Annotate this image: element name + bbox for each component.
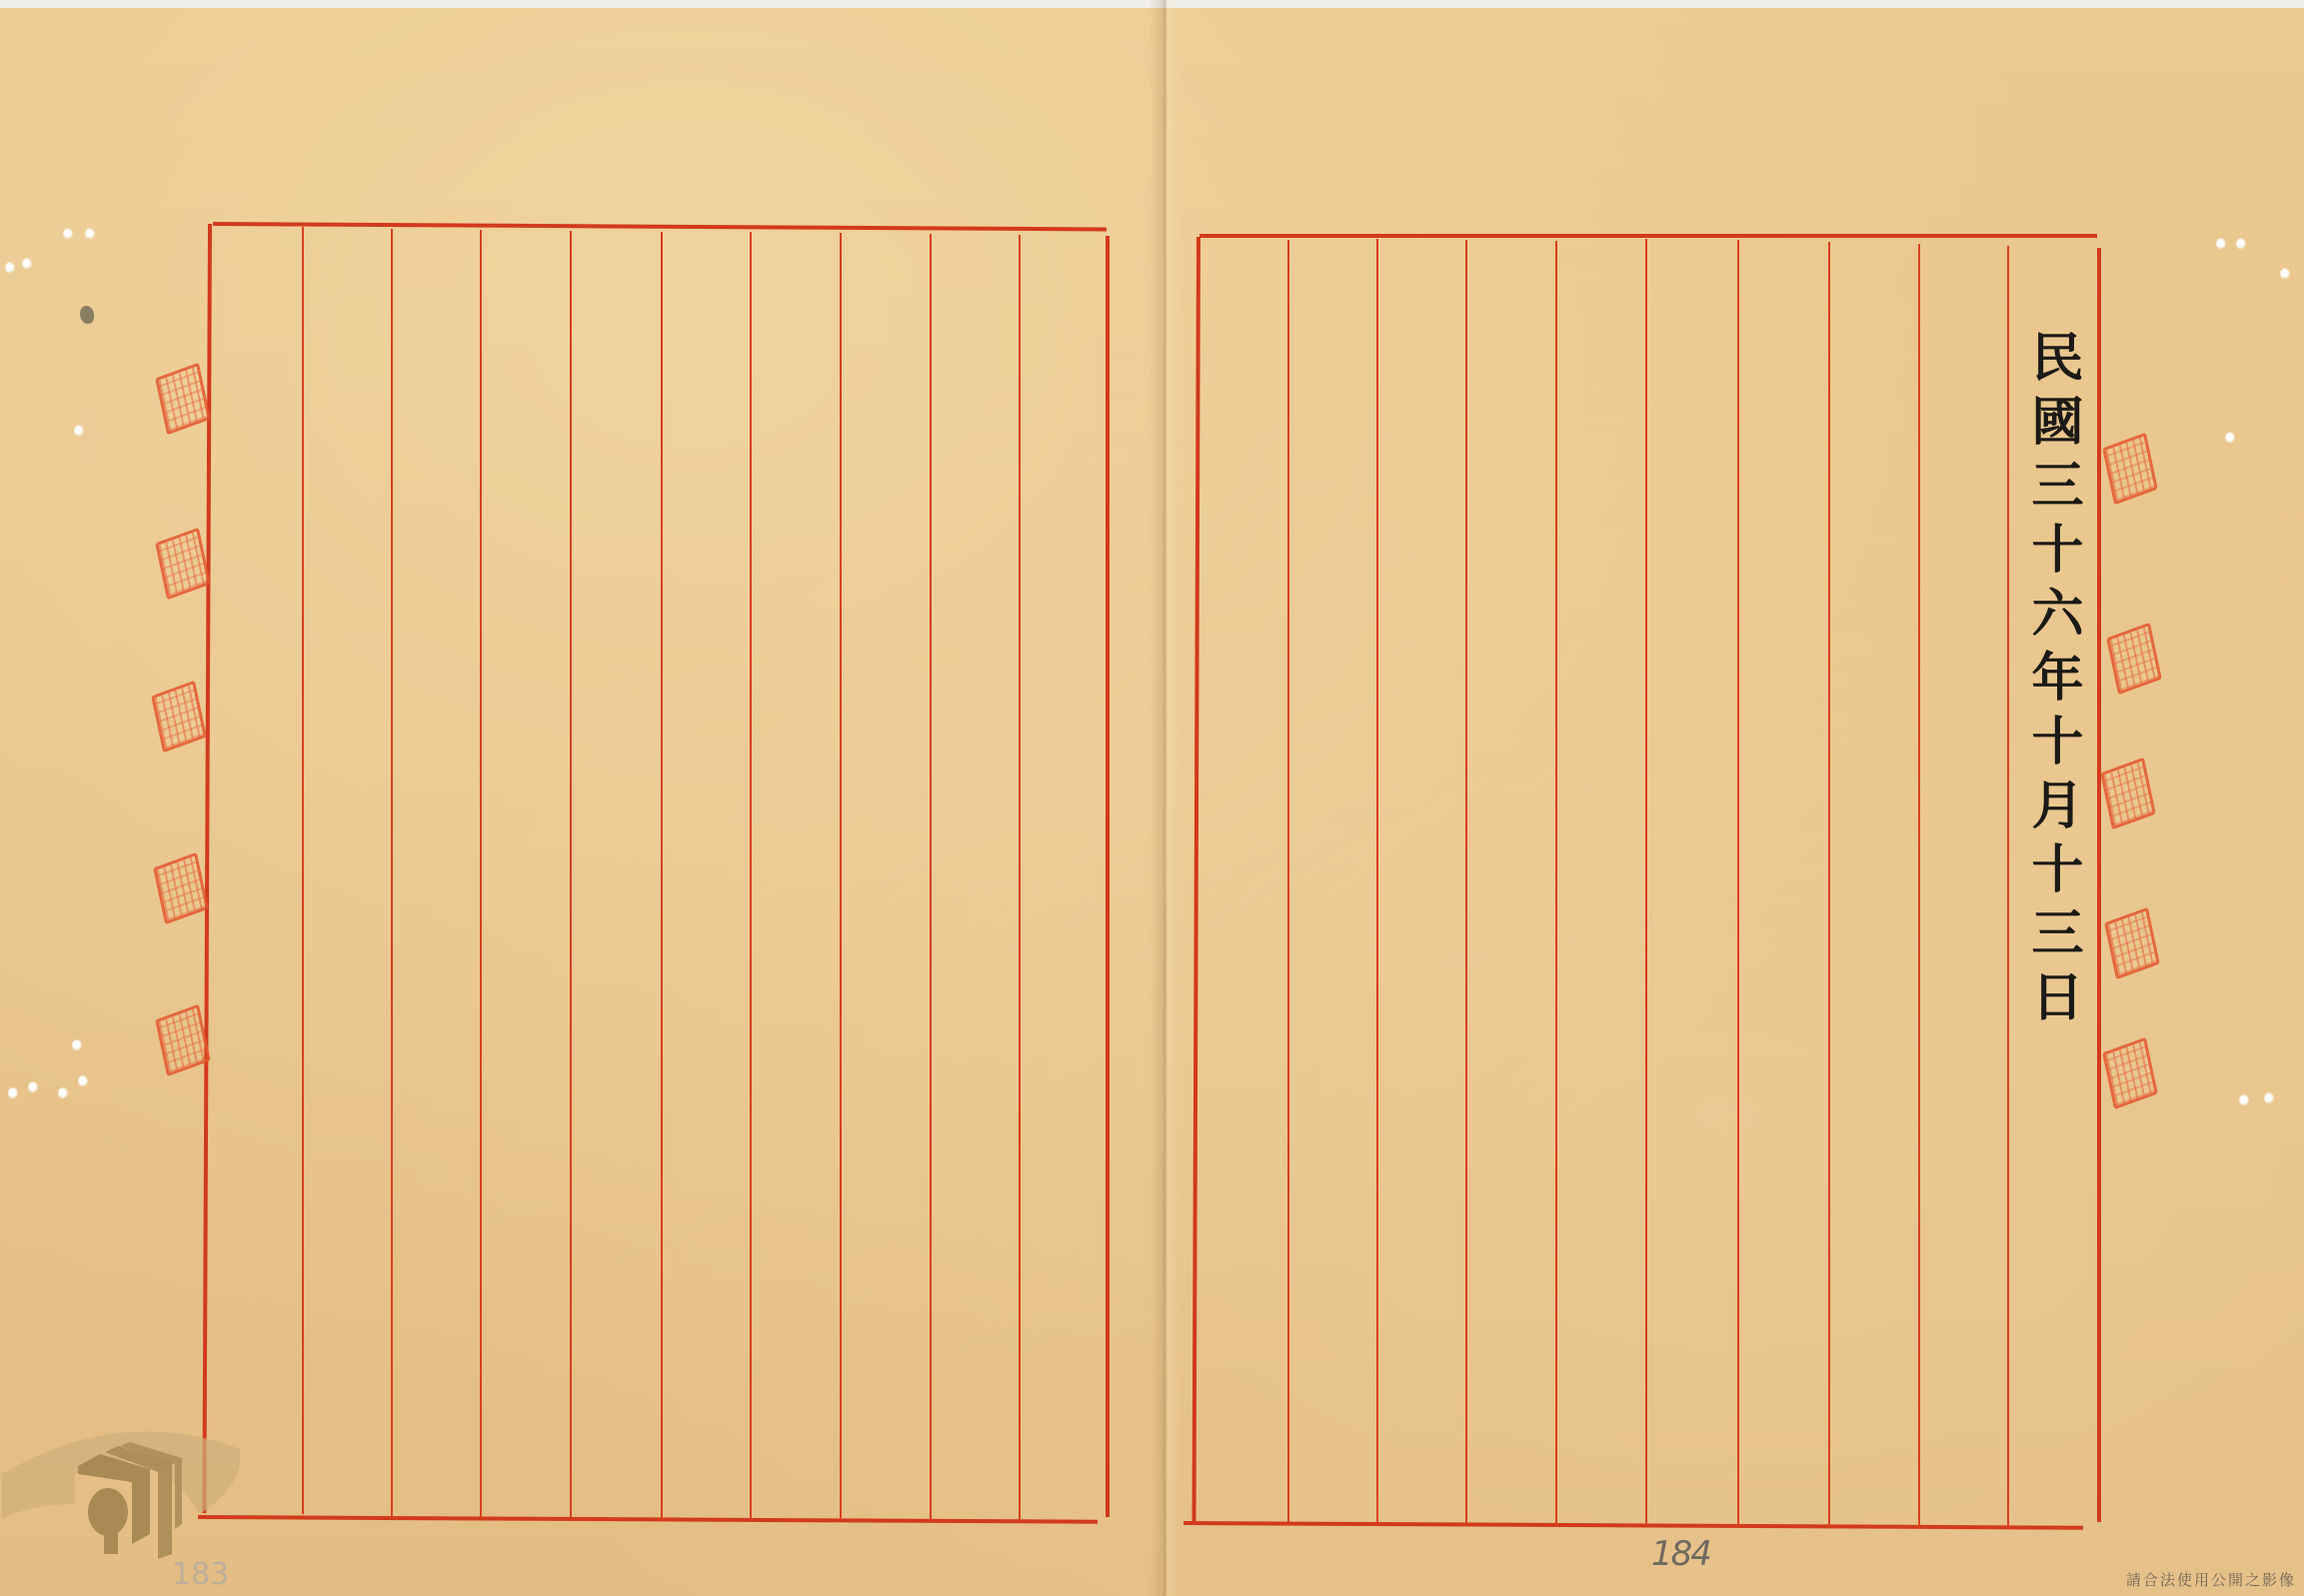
binding-hole: [72, 1039, 82, 1051]
binding-hole: [2225, 432, 2235, 444]
right-column-line: [1918, 244, 1920, 1528]
left-column-line: [840, 233, 842, 1520]
center-fold: [1150, 0, 1179, 1596]
binding-hole: [63, 228, 73, 240]
binding-hole: [8, 1087, 18, 1099]
left-column-line: [570, 231, 572, 1518]
binding-hole: [78, 1075, 88, 1087]
left-column-line: [930, 234, 932, 1521]
right-column-line: [1465, 240, 1467, 1524]
binding-hole: [74, 425, 84, 437]
binding-hole: [2264, 1092, 2274, 1104]
binding-hole: [28, 1081, 38, 1093]
archive-logo-icon: [0, 1394, 250, 1564]
binding-hole: [5, 262, 15, 274]
binding-hole: [58, 1087, 68, 1099]
right-top-border: [1199, 234, 2097, 238]
left-column-line: [750, 232, 752, 1519]
left-right-border: [1106, 236, 1110, 1517]
left-column-line: [1019, 235, 1021, 1522]
right-column-line: [1376, 239, 1378, 1522]
left-column-line: [480, 230, 482, 1517]
usage-watermark: 請合法使用公開之影像: [2126, 1569, 2296, 1590]
binding-hole: [2216, 238, 2226, 250]
handwritten-date: 民國三十六年十月十三日: [2026, 330, 2078, 1033]
binding-hole: [2280, 268, 2290, 280]
faint-page-mark: 183: [172, 1557, 229, 1592]
left-column-line: [302, 227, 304, 1514]
binding-hole: [2236, 238, 2246, 250]
left-column-line: [391, 229, 393, 1516]
binding-hole: [22, 258, 32, 270]
binding-hole: [2239, 1094, 2249, 1106]
right-column-line: [1555, 241, 1557, 1526]
page-number: 184: [1651, 1534, 1710, 1574]
left-column-line: [661, 232, 663, 1519]
right-right-border: [2097, 248, 2101, 1522]
right-column-line: [1737, 240, 1739, 1527]
right-column-line: [1645, 239, 1647, 1526]
right-column-line: [1287, 240, 1289, 1522]
right-column-line: [1828, 242, 1830, 1527]
handwritten-date-column: 民國三十六年十月十三日: [2007, 330, 2097, 1129]
ink-stain: [80, 306, 94, 324]
binding-hole: [85, 228, 95, 240]
